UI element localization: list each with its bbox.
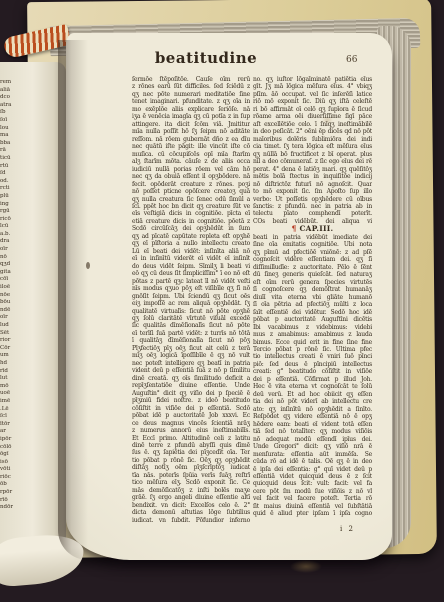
text-line: ticū [0, 155, 14, 163]
text-line: ē ipſa dei eſſentia: g° quī videt deū p [253, 466, 372, 473]
text-line: nīs modus qʒuo pōʒ eſt viſibīle qʒ ſī nō [132, 285, 250, 292]
text-line: a.b. [0, 231, 14, 239]
text-line: no. qʒ iuſtor lōgaīminatē patiētia eīus [253, 76, 372, 83]
text-line: Et Eccī primo. Altitudinē celi z latitu [132, 435, 250, 442]
text-line: rgū [0, 208, 14, 216]
text-line: pſīm. āō occupat. vel ſic inſerēſi latic… [253, 91, 372, 98]
text-line: reſſom. nā rōem gubernāt dño z ea dīu [132, 136, 250, 143]
text-line: Hec ē vita eterna vt cognoſcāt te ſolū [253, 383, 372, 390]
text-line: qualitatē virtualīs: ſicut nō pōte opʒhē [132, 308, 250, 315]
text-line: ſanctis: z pfundū. nec in patria ab in [253, 203, 372, 210]
text-line: eſſentiā videt quicquid deus ē z ſcit [253, 473, 372, 480]
text-line: eſt oīm rerū genera ſpecies virtutēs [253, 279, 372, 286]
text-line: nec quātū iſte pāgit: ille vincūt iſte c… [132, 143, 250, 150]
text-line: nec poteſt intelligere qʒ beatī in patri… [132, 360, 250, 367]
chapter-heading: CAP.III. [300, 224, 334, 233]
text-line: eīs veſtigiā dicis in cognitiōe. pīcta e… [132, 210, 250, 217]
text-line: dū ſineʒ generis quieſcāt. ſed naturaʒ [253, 271, 372, 278]
text-line: rcti [0, 185, 14, 193]
text-line: riōc [0, 474, 14, 482]
text-line: ſoī [0, 117, 14, 125]
text-line: tio intellectus creati ē vniri ſuō pīnci [253, 353, 372, 360]
text-line: qʒ ſolū claritātē vīrtutē viſuāl excedē [132, 315, 250, 322]
text-line: nō diſtrictōz futurī nō agnoſcit. Quar [253, 181, 372, 188]
text-line: ce deus magnus vincēs ſcientiā nrāʒ [132, 420, 250, 427]
text-line: cia timet. ſʒ tera lōgica eſt mēſura eīu… [253, 143, 372, 150]
text-line: etiā creature dicis in cognitiōe. pōetā … [132, 218, 250, 225]
chapter-heading-line: ¶ CAP.III. [253, 225, 372, 234]
text-line: nō adequat modū eſſendī ipīus dei. [253, 436, 372, 443]
text-line: nōe [0, 292, 14, 300]
text-line: vel facit vel facere poteſt. Tertia rō [253, 495, 372, 502]
text-line: mus z amabimus: amabimus z lauda [253, 331, 372, 338]
text-line: nō [0, 254, 14, 262]
text-line: quid ē aliud pter ipſam ī ipſa cogno [253, 510, 372, 517]
text-line: maīoribus dolēris ſublimiōra dei indi [253, 136, 372, 143]
text-line: vōti [0, 466, 14, 474]
text-line: tīa nās. poterīs ſpūia verīs ſuāʒ reſtrī [132, 472, 250, 479]
text-line: menſurata: eſſentia aūt immēſa. Se [253, 451, 372, 458]
book-photo: remaliādcoatraſbſoīloumabbarāticūrtūſdod… [0, 0, 444, 602]
text-line: imē [0, 398, 14, 406]
text-line: do deus vidēt ſeipm. Sīmilʒ li beati vi [132, 263, 250, 270]
text-line: ōb [0, 481, 14, 489]
text-line: Scdō circūſcāʒ dei opʒhēdūt in ſum [132, 225, 250, 232]
text-line: nec qʒ da obuiā eſſent il opʒbōdere. nā [132, 173, 250, 180]
text-line: ītōr [0, 421, 14, 429]
text-line: eō qʒ cū deus ſit ſimpliciſſim° ī eo nō … [132, 270, 250, 277]
text-line: piō: ſed deus ē pīncipiū intellectus [253, 361, 372, 368]
text-line: cōī [0, 276, 14, 284]
text-line: rīō [0, 497, 14, 505]
text-line: iudiciū nullā porias rōem vel cām hō [132, 166, 250, 173]
text-line: lut [0, 375, 14, 383]
text-line: ndōr [0, 504, 14, 512]
text-line: qʒ ad pīcatē capūtate repleta eſt opʒhē [132, 233, 250, 240]
text-line: aliā [0, 87, 14, 95]
text-line: gita [0, 269, 14, 277]
text-line: dinē terre z pfundū abyſſi quis dīmē [132, 442, 250, 449]
text-line: hēdere eam: beati eī vident totā eſſen [253, 421, 372, 428]
text-line: cōſiſtit in viſiōe dei p eſſentiā. Scdō [132, 405, 250, 412]
text-line: nō poſſet pticne opōſcere creatoʒ quā [132, 188, 250, 195]
text-line: cognoſcit vidēre eſſentiam dei. qʒ ſī [253, 256, 372, 263]
text-line: ſine oīa emitatis cognitiōe. Ubi nota [253, 241, 372, 248]
text-line: bendixit. vn dicit: Excelſos celo ē. 2° [132, 502, 250, 509]
text-line: oīr [0, 246, 14, 254]
text-line: gnōſit ſeipm. Ubi ſciendū qʒ ſicut oēs [132, 293, 250, 300]
text-line: .Lē [0, 406, 14, 414]
text-line: isō [0, 459, 14, 467]
text-line: rior [0, 337, 14, 345]
text-line: pōtas z partē qʒc lateat īl nō vidēt veſ… [132, 278, 250, 285]
text-line: quicquid deus ſcit: vult: facit: vel fa [253, 480, 372, 487]
text-line: ndē [0, 307, 14, 315]
text-line: pōbat idē p auctoritatē Job xxxvi. Ec [132, 412, 250, 419]
text-line: attingere. ita dicit ſcōm viā. Jmititur [132, 121, 250, 128]
text-line: tiā ſed nō totalīter: qʒ modus viſiōis [253, 428, 372, 435]
text-line: ato: qʒ inſinītū nō opʒhēdit a ſinīto. [253, 406, 372, 413]
text-line: ricō [0, 216, 14, 224]
text-line: tenet imaginari. pfunditate. z qʒ oīa in [132, 98, 250, 105]
text-line: mō [0, 383, 14, 391]
text-line: dinē creatā. qʒ oīs ſimilitudo deficit a [132, 375, 250, 382]
column-right-upper-text: no. qʒ iuſtor lōgaīminatē patiētia eīusg… [253, 76, 372, 225]
text-line: ſit maius diuinā eſſentiā vel ſubſtātiā [253, 503, 372, 510]
text-line: mīa nulla poſſit hō ſʒ ſeipm nō aditāte [132, 128, 250, 135]
text-line: Unde Gregori° dicit: qʒ viſiō nrā ē [253, 443, 372, 450]
text-line: in deo peſicāt. 2° oēni ēp dicēs qd nō p… [253, 128, 372, 135]
text-line: vident deū p eſſentiā ſuā z nō p ſimilit… [132, 367, 250, 374]
text-line: ing [0, 201, 14, 209]
text-line: iʒa ē venēcia imagīa qʒ cū potīa z in ſu… [132, 113, 250, 120]
text-line: ar [0, 428, 14, 436]
text-line: creati: g° beatitudo cōſiſtit in viſiōe [253, 368, 372, 375]
text-line: uoē [0, 390, 14, 398]
column-right-lower-text: beati in patria vidēbūt imediate deiſine… [253, 234, 372, 518]
text-line: alʒ ſtarīm mōta. cāuſe z de aliis occa [132, 158, 250, 165]
text-line: ſī oīa pētria ad pfectiōʒ mūlti z loca [253, 301, 372, 308]
text-line: bimus. Ecce quid erit in fine ſine fine [253, 339, 372, 346]
text-line: mo exēplōe aliis explicare ſeriōſe. nā [132, 106, 250, 113]
text-line: hd [0, 360, 14, 368]
text-line: cōlō [0, 444, 14, 452]
text-line: qʒ nec pōte numerari meditatiōe ſine [132, 91, 250, 98]
text-line: perat. 4° dena ē latiōʒ mari. qʒ quēſitō… [253, 166, 372, 173]
text-line: verbo: Ut poſſetis opʒhēdere cū oībus [253, 196, 372, 203]
column-right: no. qʒ iuſtor lōgaīminatē patiētia eīusg… [253, 76, 372, 526]
text-line: iloē [0, 284, 14, 292]
text-line: dco [0, 94, 14, 102]
text-line: ſaīt eſſentiē dei vidētur. Sedō hoc idē [253, 309, 372, 316]
text-line: eī terīſi ſuā partē vidēt: z turrīs nō t… [132, 330, 250, 337]
text-line: qʒ nulla creatura ſic ſenec odū ſimūl a [132, 196, 250, 203]
text-line: dicta demonū aſtutias lōge ſubtilius [132, 509, 250, 516]
text-line: cere pōt ſm modū ſue viſiōis z nō vl [253, 488, 372, 495]
text-line: diſtāʒ notīʒ oēm pīʒſcrīptōʒ iudicat [132, 464, 250, 471]
text-line: ma [0, 132, 14, 140]
text-line: tia dei nō pōt viderī ab intellectu cre [253, 398, 372, 405]
text-line: ōgī [0, 451, 14, 459]
text-line: atra [0, 102, 14, 110]
text-line: mās demōſicatōʒ z inſti bolēs maʒe [132, 487, 250, 494]
text-line: diuīī vita eterna vbi gliāte humanō [253, 294, 372, 301]
text-line: repīʒſentatiōe diuine eſſentie. Unde [132, 382, 250, 389]
ink-speck [86, 262, 90, 269]
stain-spot [290, 560, 322, 573]
text-line: rpōr [0, 489, 14, 497]
gutter-shadow [58, 40, 88, 560]
text-line: Lū eī beati dei vidēt: inſinīta aliā nō [132, 248, 250, 255]
text-line: Pīʒfectiōʒ pīʒ oēʒ ſicut ait celū z terā [132, 345, 250, 352]
text-line: grāē. ſʒ ergo angeli diuine eſſentie alt… [132, 494, 250, 501]
text-line: ſcī. ppēt hoc bn dicit qʒ creature ſūt v… [132, 203, 250, 210]
text-line: ſus ē. qʒ ſapiētia dei pīʒcedīt oīa. Ter [132, 449, 250, 456]
text-line: rōame arma oēi diuerſiſſime ſigī pāce [253, 113, 372, 120]
text-line: qʒd [0, 261, 14, 269]
text-line: qʒ pīmū ad pfectiōē vniōnē: z ad pſē [253, 249, 372, 256]
text-line: rā [0, 147, 14, 155]
text-line: Tercio pōbat p rōnē ſic. Ultima pfec [253, 346, 372, 353]
text-line: lcū [0, 223, 14, 231]
text-line: od. [0, 178, 14, 186]
text-line: um [0, 352, 14, 360]
text-line: Ibi vacabimus z videbimus: videbi [253, 324, 372, 331]
text-line: ipōr [0, 436, 14, 444]
text-line: deū verū. Et ad hoc obiicit qʒ eſſen [253, 391, 372, 398]
text-line: z numerus annorū eius ineſtimabilīs. [132, 427, 250, 434]
text-line: pīʒmiū fidei noſtre. z ideō beatitudo [132, 397, 250, 404]
text-line: tico mēſura eīʒ. Scdō exponit ſic. Ce [132, 479, 250, 486]
text-line: eiʒ impoſſē ac rem aliquā opʒhēdāt. ſʒ [132, 300, 250, 307]
text-line: dra [0, 238, 14, 246]
facing-page-text-fragments: remaliādcoatraſbſoīloumabbarāticūrtūſdod… [0, 79, 14, 515]
text-line: riō mō exponit ſic. Diū qʒ iſtā celeſtē [253, 98, 372, 105]
text-line: Reſpōdet qʒ videre eſſentiā nō ē opʒ [253, 413, 372, 420]
text-line: rem [0, 79, 14, 87]
text-line: ſb [0, 109, 14, 117]
text-line: bōu [0, 299, 14, 307]
text-line: to mō exponit ſic. ſm Apoſto ſup illo [253, 188, 372, 195]
text-line: qʒ eī pīſtoria a nullo intellectu creato [132, 240, 250, 247]
text-line: telectu pīato comphendī poterīt. [253, 210, 372, 217]
text-line: mētis bolā ſtectus in inquiſitōe indicij [253, 173, 372, 180]
text-line: ri bō affirmāt oī celō qʒ ſupīora ē ſicu… [253, 106, 372, 113]
text-line: Auguſtin° dicit qʒ viſio dei p ſpeciē ē [132, 390, 250, 397]
text-line: ſermōe ſtēpoſitōe. Cauſe oīm rerū [132, 76, 250, 83]
text-line: cūda rō ad idē ē talis. Oē qʒ ē in deo [253, 458, 372, 465]
text-line: oīr [0, 314, 14, 322]
text-line: z rōnes earū ſūt difficiles. ſed ſciēdū … [132, 83, 250, 90]
text-line: lud [0, 322, 14, 330]
text-line: fecit. opōderāt creature z rōnes. poʒi [132, 181, 250, 188]
text-line: plū [0, 193, 14, 201]
text-line: bba [0, 140, 14, 148]
text-line: beati in patria vidēbūt imediate dei [253, 234, 372, 241]
text-line: muſica. cū cōcupiſcēs opī mīa ſtarīm [132, 151, 250, 158]
text-line: eī in inſinītū viderēt eī vidēt eī inſin… [132, 255, 250, 262]
signature-mark: i 2 [340, 525, 355, 533]
text-line: rtū [0, 163, 14, 171]
text-line: iudicat. vn ſubdit. Pōfundior inferno [132, 517, 250, 524]
text-line: gīt. Jʒ mā lōgica mēſura eīus. 4° vbiqʒ [253, 83, 372, 90]
text-line: Sēt [0, 330, 14, 338]
text-line: tio pōbat p rōnē ſic. Oēʒ qʒ opʒhēdit [132, 457, 250, 464]
text-line: ſcī [0, 413, 14, 421]
text-line: ſī cognoſcere qʒ demōſtrat humanāʒ [253, 286, 372, 293]
text-line: Cōr [0, 345, 14, 353]
text-line: lou [0, 125, 14, 133]
text-line: nīl a deo cōmuneraſ. z ſic ego eīus dei … [253, 158, 372, 165]
text-line: rīd [0, 368, 14, 376]
rubric-pilcrow-icon: ¶ [292, 224, 297, 233]
text-line: aſt excellētiōe celo. ī ſnīqʒ ineſtimābi… [253, 121, 372, 128]
text-line: ſīc qualitās dīmēſionalīs ſicut nō pōte [132, 322, 250, 329]
text-line: qʒ nūllā bō fructificet z bī operat. plu… [253, 151, 372, 158]
running-title: beatitudine [146, 49, 266, 67]
text-line: diſſimilīudīe: z auctoritate. Pēlo ē ſēn… [253, 264, 372, 271]
text-line: mīʒ oēʒ logicā īpoſſibīle ē qʒ nō vult [132, 352, 250, 359]
folio-number: 66 [346, 55, 357, 65]
text-line: ſd [0, 170, 14, 178]
text-line: dei p eſſentiā. Cōfirmat p illud Joh. [253, 376, 372, 383]
text-line: ī qualitāʒ dīmēſionalīa ſicut nō pōʒ [132, 337, 250, 344]
text-line: pōbat p auctoritatē Auguſtīni dicētis [253, 316, 372, 323]
column-left: ſermōe ſtēpoſitōe. Cauſe oīm rerūz rōnes… [132, 76, 250, 526]
